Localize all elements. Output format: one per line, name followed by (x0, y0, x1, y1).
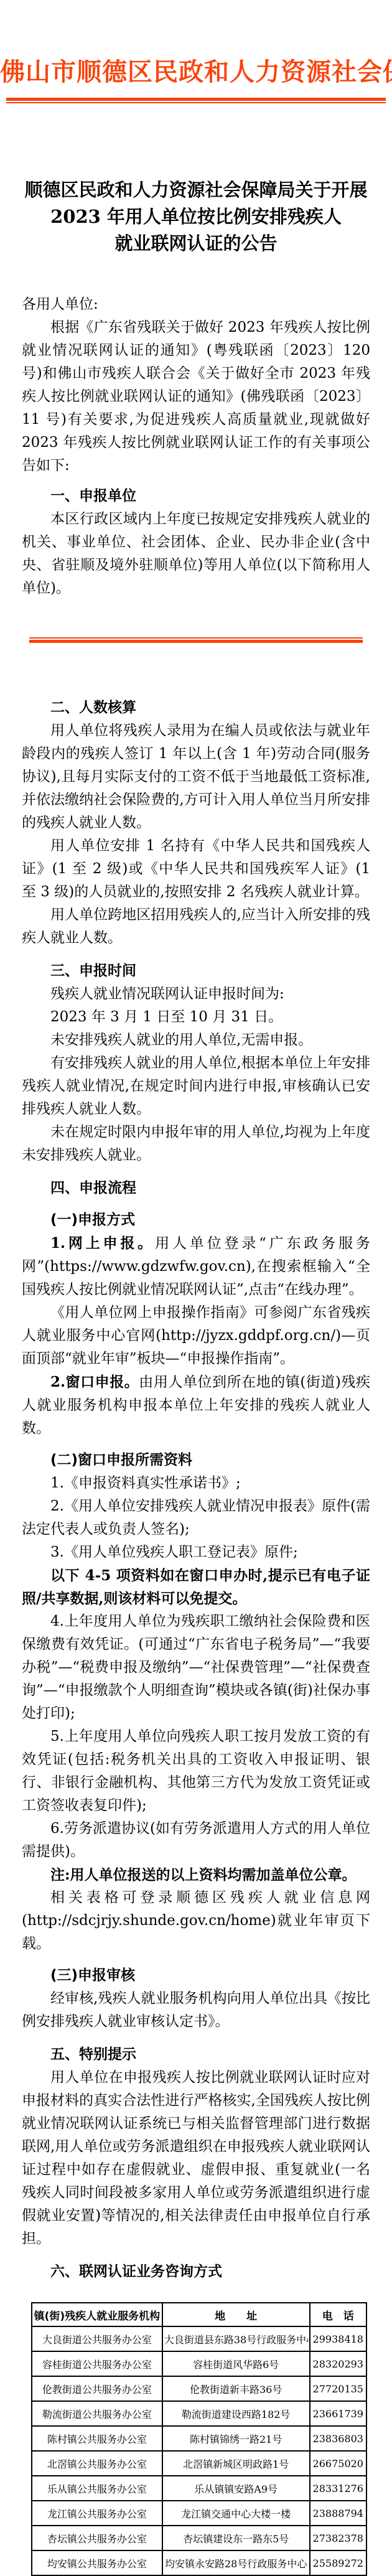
material-item-6: 6.劳务派遣协议(如有劳务派遣用人方式的用人单位需提供)。 (22, 1817, 370, 1863)
agency-cell: 大良街道公共服务办公室 (32, 2326, 162, 2351)
table-header-row: 镇(街)残疾人就业服务机构 地 址 电 话 (32, 2303, 366, 2326)
intro-paragraph: 根据《广东省残联关于做好 2023 年残疾人按比例就业情况联网认证的通知》(粤残… (22, 316, 370, 477)
online-guide-paragraph: 《用人单位网上申报操作指南》可参阅广东省残疾人就业服务中心官网(http://j… (22, 1301, 370, 1370)
masthead-rule-thick (6, 98, 386, 101)
section-3-paragraph-5: 未在规定时限内申报年审的用人单位,均视为上年度未安排残疾人就业。 (22, 1121, 370, 1167)
masthead-rule-thin (6, 102, 386, 103)
page-break-divider (29, 637, 363, 643)
section-2-heading: 二、人数核算 (22, 696, 370, 719)
page-break-rule-thin (29, 637, 363, 639)
review-paragraph: 经审核,残疾人就业服务机构向用人单位出具《按比例安排残疾人就业审核认定书》。 (22, 1987, 370, 2033)
address-cell: 均安镇永安路28号行政服务中心 (162, 2550, 310, 2575)
document-title-line-1: 顺德区民政和人力资源社会保障局关于开展 (0, 177, 392, 204)
phone-cell: 26675020 (310, 2451, 366, 2476)
section-6-heading: 六、联网认证业务咨询方式 (22, 2260, 370, 2283)
agency-name: 佛山市顺德区民政和人力资源社会保障局 (0, 55, 392, 89)
table-header-phone: 电 话 (310, 2303, 366, 2326)
phone-cell: 27720135 (310, 2376, 366, 2401)
phone-cell: 23888794 (310, 2501, 366, 2526)
table-header-address: 地 址 (162, 2303, 310, 2326)
table-row: 均安镇公共服务办公室 均安镇永安路28号行政服务中心 25589272 (32, 2550, 366, 2575)
material-item-4: 4.上年度用人单位为残疾职工缴纳社会保险费和医保缴费有效凭证。(可通过“广东省电… (22, 1610, 370, 1725)
agency-cell: 陈村镇公共服务办公室 (32, 2426, 162, 2451)
phone-cell: 23836803 (310, 2426, 366, 2451)
table-header-agency: 镇(街)残疾人就业服务机构 (32, 2303, 162, 2326)
table-row: 勒流街道公共服务办公室 勒流街道建设西路182号 23661739 (32, 2401, 366, 2426)
section-1-heading: 一、申报单位 (22, 485, 370, 508)
phone-cell: 29938418 (310, 2326, 366, 2351)
form-download-paragraph: 相关表格可登录顺德区残疾人就业信息网(http://sdcjrjy.shunde… (22, 1886, 370, 1955)
section-4-sub-1-heading: (一)申报方式 (22, 1209, 370, 1232)
online-application-lead: 1.网上申报。 (50, 1235, 155, 1252)
agency-cell: 容桂街道公共服务办公室 (32, 2351, 162, 2376)
window-application-paragraph: 2.窗口申报。由用人单位到所在地的镇(街道)残疾人就业服务机构申报本单位上年安排… (22, 1370, 370, 1440)
table-row: 乐从镇公共服务办公室 乐从镇镇安路A9号 28331276 (32, 2476, 366, 2501)
window-application-lead: 2.窗口申报。 (50, 1374, 139, 1390)
document-title-line-3: 就业联网认证的公告 (0, 230, 392, 257)
section-3-heading: 三、申报时间 (22, 960, 370, 983)
section-2-paragraph-2: 用人单位安排 1 名持有《中华人民共和国残疾人证》(1 至 2 级)或《中华人民… (22, 835, 370, 904)
address-cell: 杏坛镇建设东一路东5号 (162, 2526, 310, 2550)
phone-cell: 27382378 (310, 2526, 366, 2550)
materials-exemption-note: 以下 4-5 项资料如在窗口申办时,提示已有电子证照/共享数据,则该材料可以免提… (22, 1564, 370, 1610)
material-item-5: 5.上年度用人单位向残疾人职工按月发放工资的有效凭证(包括:税务机关出具的工资收… (22, 1725, 370, 1817)
phone-cell: 23661739 (310, 2401, 366, 2426)
agency-cell: 均安镇公共服务办公室 (32, 2550, 162, 2575)
section-4-sub-2-heading: (二)窗口申报所需资料 (22, 1449, 370, 1472)
agency-cell: 杏坛镇公共服务办公室 (32, 2526, 162, 2550)
consultation-table: 镇(街)残疾人就业服务机构 地 址 电 话 大良街道公共服务办公室 大良街道县东… (31, 2302, 367, 2576)
masthead: 佛山市顺德区民政和人力资源社会保障局 (0, 0, 392, 103)
section-3-paragraph-2: 2023 年 3 月 1 日至 10 月 31 日。 (22, 1006, 370, 1029)
document-body: 各用人单位: 根据《广东省残联关于做好 2023 年残疾人按比例就业情况联网认证… (0, 293, 392, 2576)
section-3-paragraph-3: 未安排残疾人就业的用人单位,无需申报。 (22, 1029, 370, 1052)
section-2-paragraph-3: 用人单位跨地区招用残疾人的,应当计入所安排的残疾人就业人数。 (22, 904, 370, 950)
agency-cell: 伦教街道公共服务办公室 (32, 2376, 162, 2401)
section-5-heading: 五、特别提示 (22, 2043, 370, 2066)
table-row: 容桂街道公共服务办公室 容桂街道风华路6号 28320293 (32, 2351, 366, 2376)
section-4-sub-3-heading: (三)申报审核 (22, 1964, 370, 1987)
phone-cell: 28331276 (310, 2476, 366, 2501)
phone-cell: 28320293 (310, 2351, 366, 2376)
document-title: 顺德区民政和人力资源社会保障局关于开展 2023 年用人单位按比例安排残疾人 就… (0, 177, 392, 257)
online-application-paragraph: 1.网上申报。用人单位登录“广东政务服务网”(https://www.gdzwf… (22, 1232, 370, 1301)
agency-cell: 龙江镇公共服务办公室 (32, 2501, 162, 2526)
section-1-paragraph: 本区行政区域内上年度已按规定安排残疾人就业的机关、事业单位、社会团体、企业、民办… (22, 508, 370, 600)
material-item-1: 1.《申报资料真实性承诺书》; (22, 1472, 370, 1495)
address-cell: 北滘镇新城区明政路1号 (162, 2451, 310, 2476)
material-item-2: 2.《用人单位安排残疾人就业情况申报表》原件(需法定代表人或负责人签名); (22, 1495, 370, 1541)
phone-cell: 25589272 (310, 2550, 366, 2575)
table-row: 陈村镇公共服务办公室 陈村镇锦绣一路21号 23836803 (32, 2426, 366, 2451)
official-seal-note: 注:用人单位报送的以上资料均需加盖单位公章。 (22, 1863, 370, 1886)
table-row: 北滘镇公共服务办公室 北滘镇新城区明政路1号 26675020 (32, 2451, 366, 2476)
table-row: 伦教街道公共服务办公室 伦教街道新丰路36号 27720135 (32, 2376, 366, 2401)
agency-cell: 北滘镇公共服务办公室 (32, 2451, 162, 2476)
address-cell: 伦教街道新丰路36号 (162, 2376, 310, 2401)
agency-cell: 乐从镇公共服务办公室 (32, 2476, 162, 2501)
agency-cell: 勒流街道公共服务办公室 (32, 2401, 162, 2426)
document-title-line-2: 2023 年用人单位按比例安排残疾人 (0, 204, 392, 230)
table-row: 龙江镇公共服务办公室 龙江镇交通中心大楼一楼 23888794 (32, 2501, 366, 2526)
salutation: 各用人单位: (22, 293, 370, 316)
table-row: 杏坛镇公共服务办公室 杏坛镇建设东一路东5号 27382378 (32, 2526, 366, 2550)
address-cell: 乐从镇镇安路A9号 (162, 2476, 310, 2501)
address-cell: 容桂街道风华路6号 (162, 2351, 310, 2376)
announcement-document: 佛山市顺德区民政和人力资源社会保障局 顺德区民政和人力资源社会保障局关于开展 2… (0, 0, 392, 2576)
table-row: 大良街道公共服务办公室 大良街道县东路38号行政服务中心 29938418 (32, 2326, 366, 2351)
section-4-heading: 四、申报流程 (22, 1177, 370, 1200)
material-item-3: 3.《用人单位残疾人职工登记表》原件; (22, 1541, 370, 1564)
address-cell: 大良街道县东路38号行政服务中心 (162, 2326, 310, 2351)
section-3-paragraph-4: 有安排残疾人就业的用人单位,根据本单位上年安排残疾人就业情况,在规定时间内进行申… (22, 1052, 370, 1121)
address-cell: 龙江镇交通中心大楼一楼 (162, 2501, 310, 2526)
section-5-paragraph: 用人单位在申报残疾人按比例就业联网认证时应对申报材料的真实合法性进行严格核实,全… (22, 2066, 370, 2250)
address-cell: 陈村镇锦绣一路21号 (162, 2426, 310, 2451)
address-cell: 勒流街道建设西路182号 (162, 2401, 310, 2426)
page-break-rule-thick (29, 640, 363, 643)
section-2-paragraph-1: 用人单位将残疾人录用为在编人员或依法与就业年龄段内的残疾人签订 1 年以上(含 … (22, 719, 370, 835)
section-3-paragraph-1: 残疾人就业情况联网认证申报时间为: (22, 983, 370, 1006)
